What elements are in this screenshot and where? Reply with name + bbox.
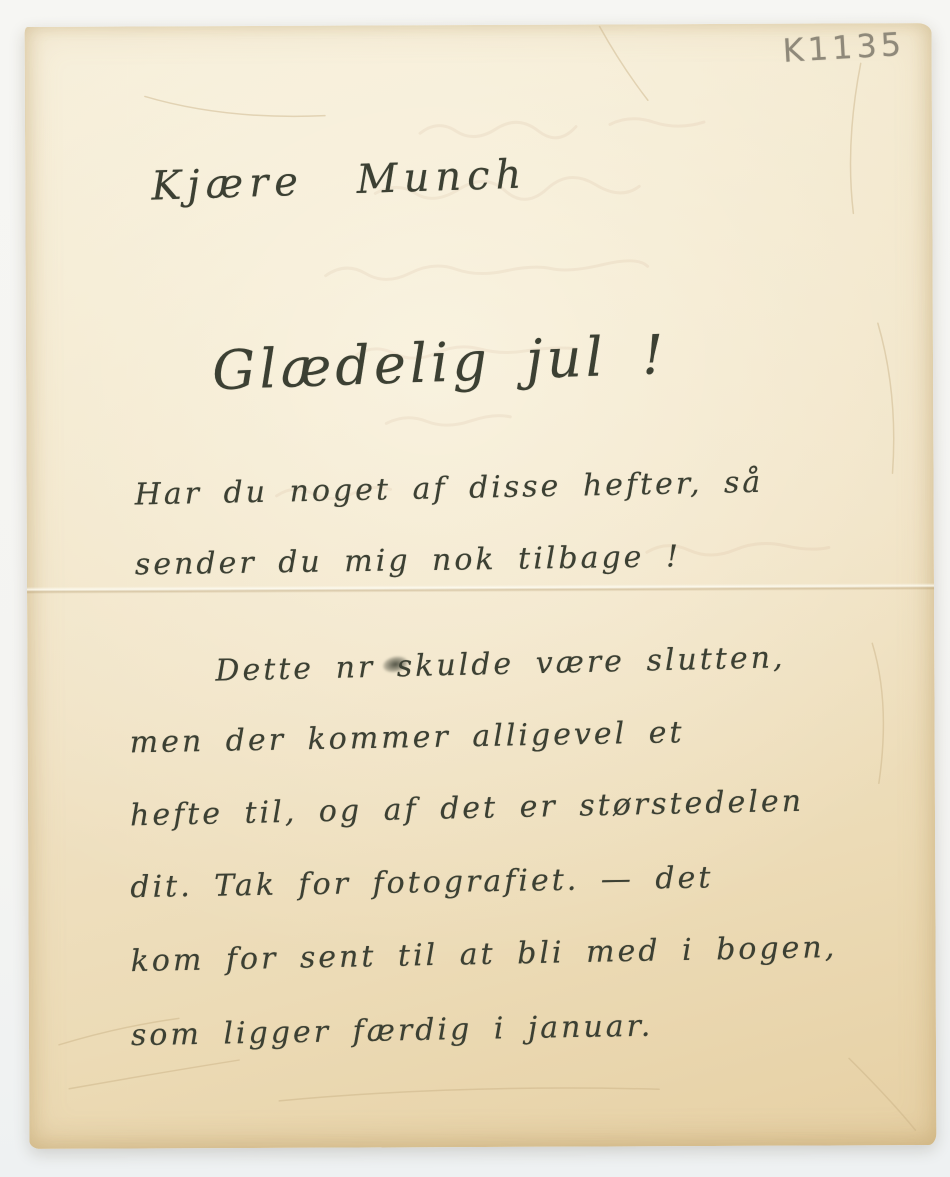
letter-paper-sheet: K1135 Kjære Munch Glædelig jul ! Har du …	[25, 23, 937, 1149]
catalog-number-pencil-mark: K1135	[782, 25, 906, 70]
letter-salutation: Kjære Munch	[151, 152, 528, 210]
letter-paragraph2-line5: kom for sent til at bli med i bogen,	[130, 930, 837, 979]
letter-paragraph1-line2: sender du mig nok tilbage !	[135, 539, 682, 582]
letter-paragraph2-line2: men der kommer alligevel et	[129, 715, 684, 760]
scan-background: K1135 Kjære Munch Glædelig jul ! Har du …	[0, 0, 950, 1177]
fold-crease	[27, 583, 934, 594]
letter-paragraph2-line1: Dette nr skulde være slutten,	[215, 640, 786, 688]
letter-greeting-headline: Glædelig jul !	[211, 323, 669, 402]
letter-paragraph1-line1: Har du noget af disse hefter, så	[134, 465, 763, 513]
letter-paragraph2-line4: dit. Tak for fotografiet. — det	[130, 860, 714, 905]
letter-paragraph2-line6: som ligger færdig i januar.	[131, 1009, 654, 1054]
letter-paragraph2-line3: hefte til, og af det er størstedelen	[130, 784, 805, 834]
